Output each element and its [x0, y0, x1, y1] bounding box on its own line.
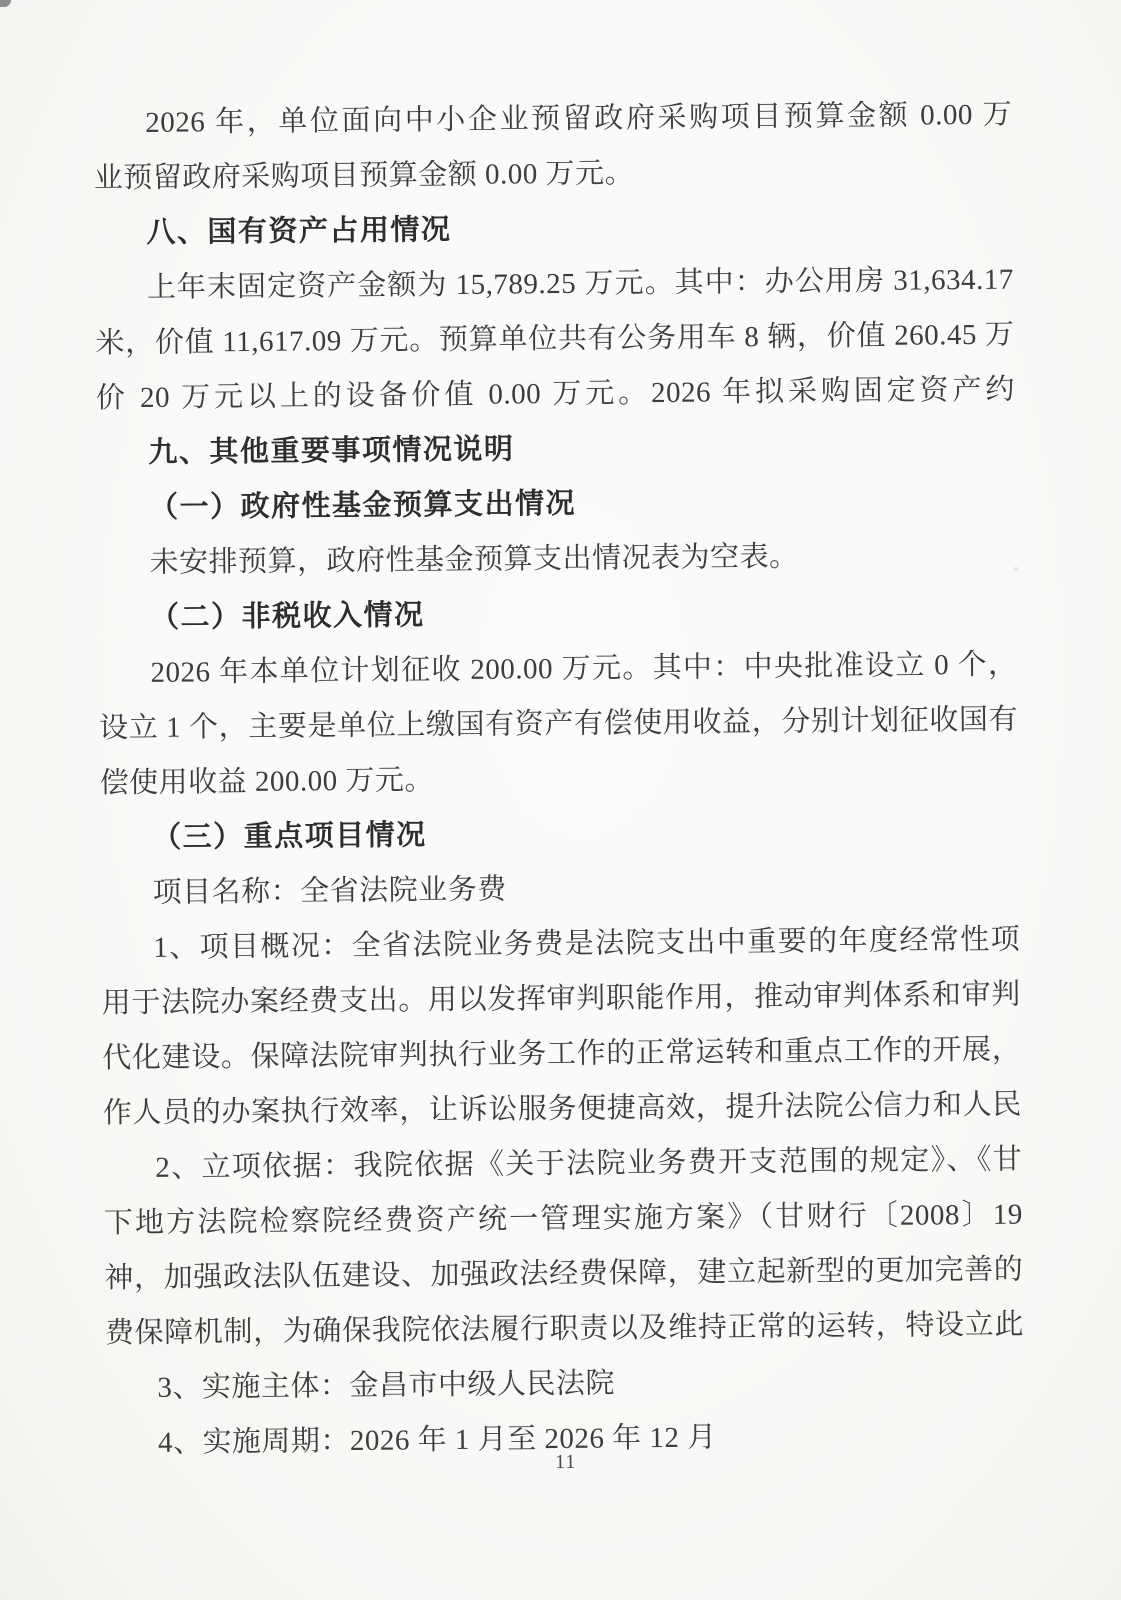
text-line: 2026 年本单位计划征收 200.00 万元。其中：中央批准设立 0 个，省级…	[98, 638, 1017, 702]
text-line: 2026 年，单位面向中小企业预留政府采购项目预算金额 0.00 万元，小微企	[93, 88, 1012, 152]
text-line: 设立 1 个，主要是单位上缴国有资产有偿使用收益，分别计划征收国有资产有	[99, 693, 1018, 757]
text-line: 下地方法院检察院经费资产统一管理实施方案》（甘财行〔2008〕19 号）文件精	[104, 1188, 1023, 1252]
section-heading: （三）重点项目情况	[100, 803, 1019, 867]
text-line: 用于法院办案经费支出。用以发挥审判职能作用，推动审判体系和审判能力现	[101, 968, 1020, 1032]
text-line: 业预留政府采购项目预算金额 0.00 万元。	[94, 143, 1013, 207]
section-heading: 八、国有资产占用情况	[94, 198, 1013, 262]
text-line: 作人员的办案执行效率，让诉讼服务便捷高效，提升法院公信力和人民满意度。	[103, 1078, 1022, 1142]
text-line: 偿使用收益 200.00 万元。	[99, 748, 1018, 812]
text-line: 价 20 万元以上的设备价值 0.00 万元。2026 年拟采购固定资产约 39…	[96, 363, 1015, 427]
document-content: 2026 年，单位面向中小企业预留政府采购项目预算金额 0.00 万元，小微企业…	[93, 88, 1025, 1479]
text-line: 米，价值 11,617.09 万元。预算单位共有公务用车 8 辆，价值 260.…	[95, 308, 1014, 372]
text-line: 项目名称：全省法院业务费	[100, 858, 1019, 922]
document-text: 2026 年，单位面向中小企业预留政府采购项目预算金额 0.00 万元，小微企业…	[93, 88, 1025, 1472]
text-line: 未安排预算，政府性基金预算支出情况表为空表。	[97, 528, 1016, 592]
text-line: 2、立项依据：我院依据《关于法院业务费开支范围的规定》、《甘肃省省以	[103, 1133, 1022, 1197]
text-line: 3、实施主体：金昌市中级人民法院	[105, 1353, 1024, 1417]
text-line: 神，加强政法队伍建设、加强政法经费保障，建立起新型的更加完善的法院经	[104, 1243, 1023, 1307]
text-line: 费保障机制，为确保我院依法履行职责以及维持正常的运转，特设立此项目。	[105, 1298, 1024, 1362]
section-heading: （二）非税收入情况	[98, 583, 1017, 647]
text-line: 1、项目概况：全省法院业务费是法院支出中重要的年度经常性项目，主要	[101, 913, 1020, 977]
section-heading: 九、其他重要事项情况说明	[96, 418, 1015, 482]
scan-speck	[0, 0, 11, 7]
text-line: 上年末固定资产金额为 15,789.25 万元。其中：办公用房 31,634.1…	[95, 253, 1014, 317]
text-line: 代化建设。保障法院审判执行业务工作的正常运转和重点工作的开展，提高工	[102, 1023, 1021, 1087]
scanned-document-page: 2026 年，单位面向中小企业预留政府采购项目预算金额 0.00 万元，小微企业…	[0, 0, 1121, 1600]
section-heading: （一）政府性基金预算支出情况	[97, 473, 1016, 537]
